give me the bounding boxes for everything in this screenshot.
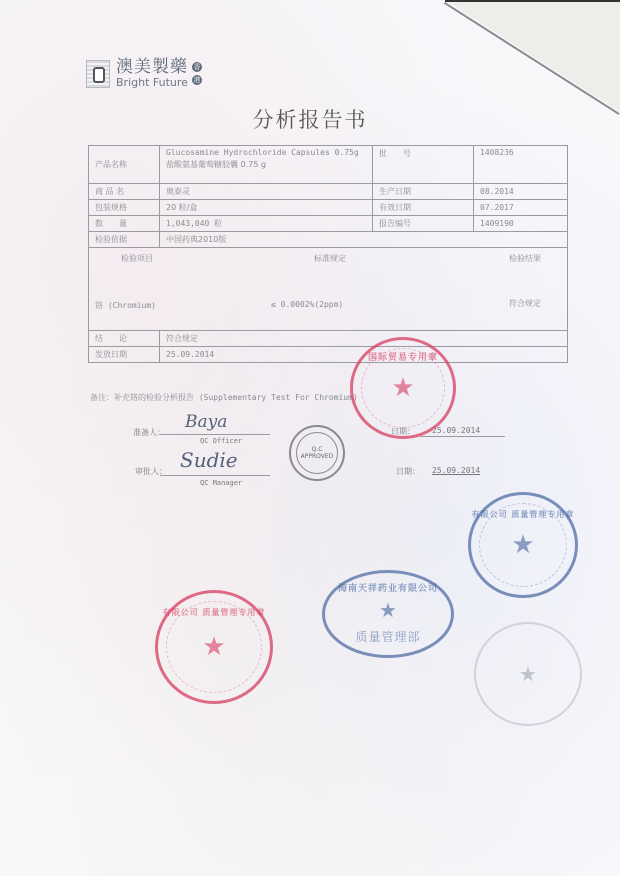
prepared-role: QC Officer bbox=[200, 437, 242, 445]
mfg-date-label: 生产日期 bbox=[373, 184, 474, 200]
expiry-label: 有效日期 bbox=[373, 200, 474, 216]
test-header-item: 检验项目 bbox=[121, 253, 153, 264]
document-page: 澳美製藥 Bright Future 香 港 分析报告书 产品名称 Glucos… bbox=[0, 0, 620, 876]
quantity-label: 数 量 bbox=[89, 216, 160, 232]
report-table: 产品名称 Glucosamine Hydrochloride Capsules … bbox=[88, 145, 568, 363]
conclusion-label: 结 论 bbox=[89, 331, 160, 347]
company-name-cn: 澳美製藥 bbox=[116, 58, 188, 76]
quality-dept-oval-stamp: 海南天祥药业有限公司 ★ 质量管理部 bbox=[322, 570, 454, 658]
prepared-date-line bbox=[420, 436, 505, 437]
quantity-value: 1,043,040 粒 bbox=[160, 216, 373, 232]
blue-stamp-text: 有限公司 质量管理专用章 bbox=[472, 509, 575, 520]
remark-note: 备注：补充铬的检验分析报告 (Supplementary Test For Ch… bbox=[90, 392, 358, 403]
qc-stamp-top: Q.C bbox=[312, 446, 323, 453]
red-stamp-text: 国际贸易专用章 bbox=[368, 350, 438, 363]
test-header-standard: 标准规定 bbox=[314, 253, 346, 264]
conclusion-value: 符合规定 bbox=[160, 331, 568, 347]
star-icon: ★ bbox=[379, 600, 397, 620]
company-logo: 澳美製藥 Bright Future 香 港 bbox=[86, 58, 202, 89]
test-row-result: 符合规定 bbox=[509, 298, 541, 309]
batch-label: 批 号 bbox=[373, 146, 474, 184]
prepared-by-label: 准备人： bbox=[133, 427, 165, 438]
company-name-en: Bright Future bbox=[116, 76, 188, 89]
test-row-item: 铬 (Chromium) bbox=[95, 300, 156, 311]
hk-badge-icon: 港 bbox=[192, 75, 202, 85]
folded-corner bbox=[445, 0, 620, 112]
oval-stamp-top-text: 海南天祥药业有限公司 bbox=[338, 581, 438, 594]
issue-date-label: 发放日期 bbox=[89, 347, 160, 363]
package-value: 20 粒/盒 bbox=[160, 200, 373, 216]
faded-stamp: ★ bbox=[474, 622, 582, 726]
blue-company-stamp: 有限公司 质量管理专用章 ★ bbox=[468, 492, 578, 598]
approved-date: 25.09.2014 bbox=[432, 466, 480, 475]
trade-name-value: 奥泰灵 bbox=[160, 184, 373, 200]
trade-name-label: 商 品 名 bbox=[89, 184, 160, 200]
star-icon: ★ bbox=[519, 664, 537, 684]
qc-approved-stamp: Q.C APPROVED bbox=[289, 425, 345, 481]
report-no-value: 1409190 bbox=[474, 216, 568, 232]
basis-label: 检验依据 bbox=[89, 232, 160, 248]
page-title: 分析报告书 bbox=[0, 104, 620, 134]
package-label: 包装规格 bbox=[89, 200, 160, 216]
logo-mark-icon bbox=[86, 60, 110, 88]
expiry-value: 07.2017 bbox=[474, 200, 568, 216]
product-name-en: Glucosamine Hydrochloride Capsules 0.75g bbox=[166, 148, 366, 157]
prepared-signature: Baya bbox=[185, 412, 227, 432]
qc-stamp-bottom: APPROVED bbox=[301, 453, 334, 460]
mfg-date-value: 08.2014 bbox=[474, 184, 568, 200]
report-no-label: 报告编号 bbox=[373, 216, 474, 232]
scan-edge bbox=[445, 0, 620, 2]
red-quality-stamp-text: 有限公司 质量管理专用章 bbox=[163, 607, 266, 618]
approved-role: QC Manager bbox=[200, 479, 242, 487]
approved-signature-line bbox=[160, 475, 270, 476]
product-name-cn: 盐酸氨基葡萄糖胶囊 0.75 g bbox=[166, 159, 366, 170]
red-company-stamp: 国际贸易专用章 ★ bbox=[350, 337, 456, 439]
test-header-result: 检验结果 bbox=[509, 253, 541, 264]
red-quality-stamp: 有限公司 质量管理专用章 ★ bbox=[155, 590, 273, 704]
oval-stamp-bottom-text: 质量管理部 bbox=[355, 628, 420, 645]
hk-badge-icon: 香 bbox=[192, 62, 202, 72]
approved-signature: Sudie bbox=[180, 448, 238, 472]
basis-value: 中国药典2010版 bbox=[160, 232, 568, 248]
product-name-label: 产品名称 bbox=[89, 146, 160, 184]
prepared-date: 25.09.2014 bbox=[432, 426, 480, 435]
batch-value: 1408236 bbox=[474, 146, 568, 184]
approved-date-label: 日期： bbox=[396, 466, 420, 477]
test-row-standard: ≤ 0.0002%(2ppm) bbox=[271, 300, 343, 309]
prepared-signature-line bbox=[160, 434, 270, 435]
